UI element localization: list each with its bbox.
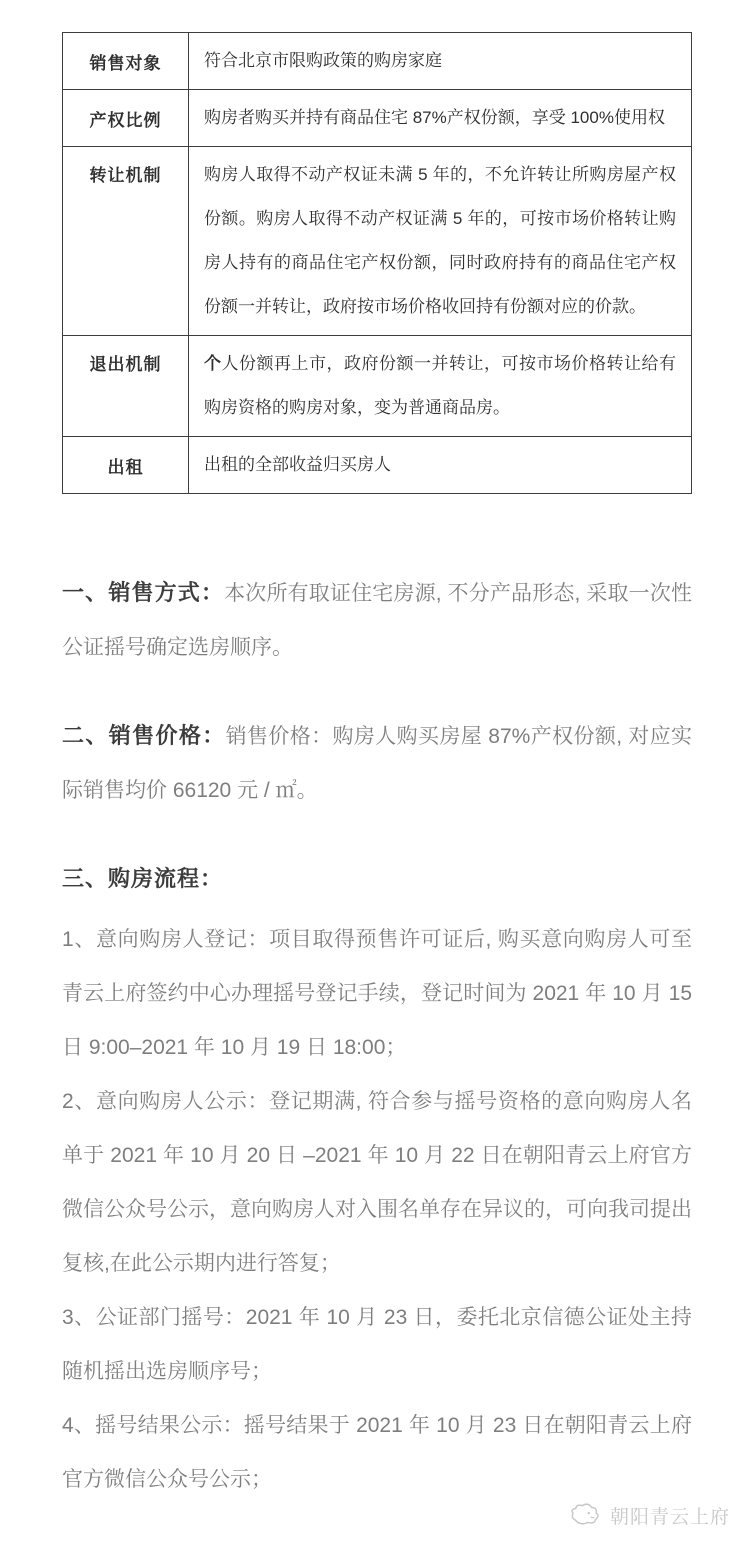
row-label-equity-ratio: 产权比例 — [63, 90, 189, 147]
process-item-registration: 1、意向购房人登记：项目取得预售许可证后, 购买意向购房人可至青云上府签约中心办… — [62, 913, 692, 1075]
row-content-exit-mechanism: 个人份额再上市，政府份额一并转让，可按市场价格转让给有购房资格的购房对象，变为普… — [189, 336, 692, 437]
section-heading: 二、销售价格： — [62, 723, 226, 748]
row-label-transfer-mechanism: 转让机制 — [63, 147, 189, 336]
row-content-sale-target: 符合北京市限购政策的购房家庭 — [189, 33, 692, 90]
process-item-result: 4、摇号结果公示：摇号结果于 2021 年 10 月 23 日在朝阳青云上府官方… — [62, 1399, 692, 1507]
brand-watermark-text: 朝阳青云上府 — [610, 1502, 730, 1529]
row-content-equity-ratio: 购房者购买并持有商品住宅 87%产权份额，享受 100%使用权 — [189, 90, 692, 147]
row-label-exit-mechanism: 退出机制 — [63, 336, 189, 437]
process-item-lottery: 3、公证部门摇号：2021 年 10 月 23 日，委托北京信德公证处主持随机摇… — [62, 1291, 692, 1399]
section-sales-price: 二、销售价格：销售价格：购房人购买房屋 87%产权份额, 对应实际销售均价 66… — [62, 709, 692, 818]
table-row: 产权比例 购房者购买并持有商品住宅 87%产权份额，享受 100%使用权 — [63, 90, 692, 147]
table-row: 销售对象 符合北京市限购政策的购房家庭 — [63, 33, 692, 90]
table-row: 出租 出租的全部收益归买房人 — [63, 437, 692, 494]
row-label-sale-target: 销售对象 — [63, 33, 189, 90]
policy-table: 销售对象 符合北京市限购政策的购房家庭 产权比例 购房者购买并持有商品住宅 87… — [62, 32, 692, 494]
section-purchase-process: 三、购房流程： — [62, 852, 692, 907]
section-heading: 三、购房流程： — [62, 866, 223, 891]
table-row: 退出机制 个人份额再上市，政府份额一并转让，可按市场价格转让给有购房资格的购房对… — [63, 336, 692, 437]
row-content-transfer-mechanism: 购房人取得不动产权证未满 5 年的，不允许转让所购房屋产权份额。购房人取得不动产… — [189, 147, 692, 336]
brand-logo-icon — [569, 1501, 603, 1529]
section-heading: 一、销售方式： — [62, 580, 224, 605]
brand-watermark: 朝阳青云上府 — [565, 1499, 734, 1531]
row-label-rental: 出租 — [63, 437, 189, 494]
process-item-publicity: 2、意向购房人公示：登记期满, 符合参与摇号资格的意向购房人名单于 2021 年… — [62, 1075, 692, 1291]
section-sales-method: 一、销售方式：本次所有取证住宅房源, 不分产品形态, 采取一次性公证摇号确定选房… — [62, 566, 692, 675]
table-row: 转让机制 购房人取得不动产权证未满 5 年的，不允许转让所购房屋产权份额。购房人… — [63, 147, 692, 336]
document-body: 销售对象 符合北京市限购政策的购房家庭 产权比例 购房者购买并持有商品住宅 87… — [0, 0, 750, 1507]
row-content-rental: 出租的全部收益归买房人 — [189, 437, 692, 494]
process-list: 1、意向购房人登记：项目取得预售许可证后, 购买意向购房人可至青云上府签约中心办… — [62, 913, 692, 1507]
